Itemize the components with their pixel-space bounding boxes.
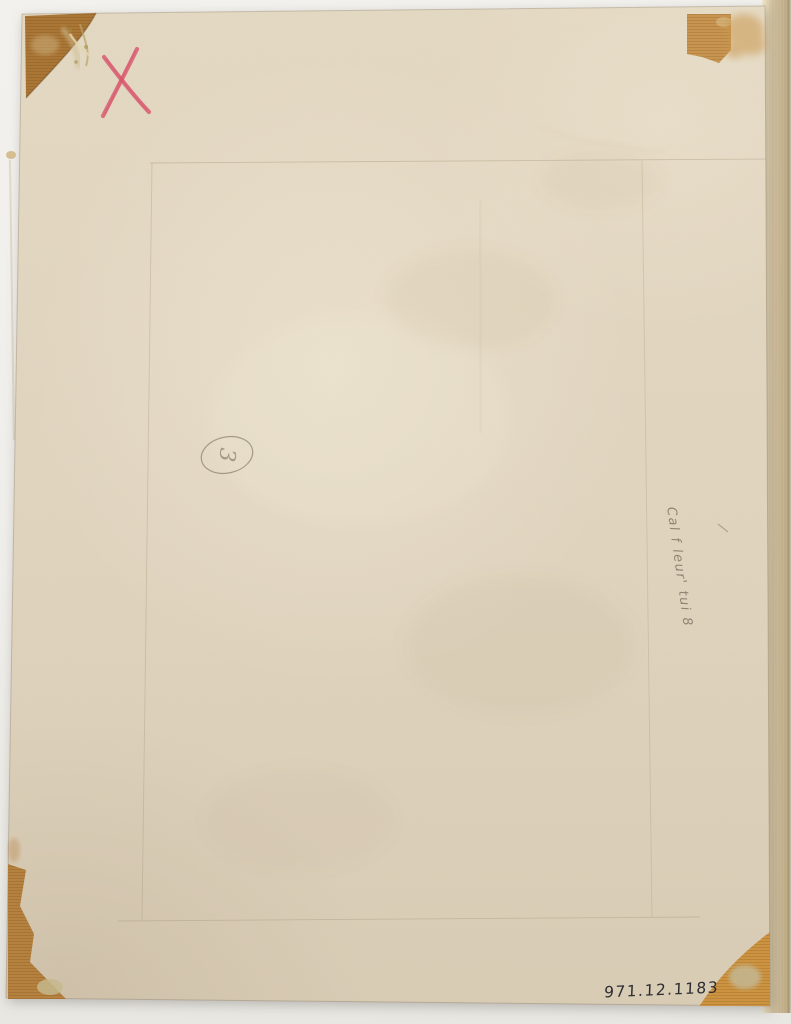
- photo-scene: 3: [0, 0, 791, 1024]
